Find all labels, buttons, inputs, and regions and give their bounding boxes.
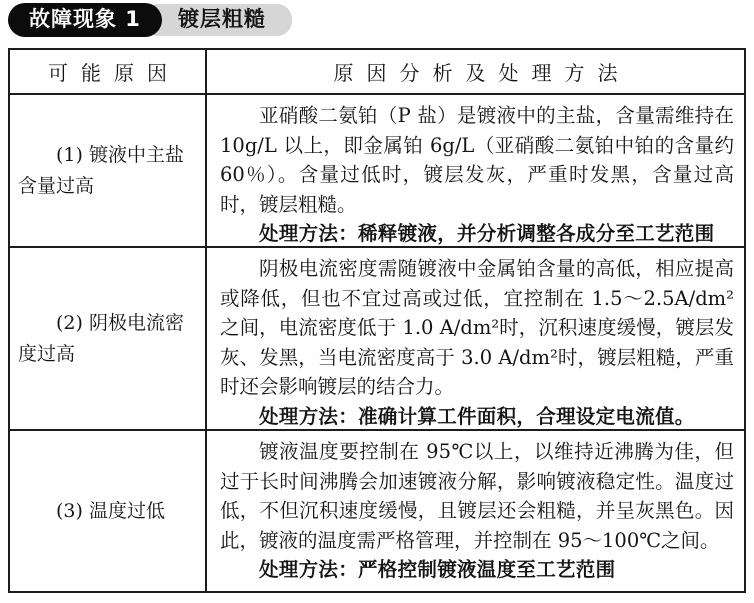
table-row-1-cause-cell: (1) 镀液中主盐含量过高 — [10, 95, 207, 248]
table-row-3-analysis-cell: 镀液温度要控制在 95℃以上，以维持近沸腾为佳，但过于长时间沸腾会加速镀液分解，… — [207, 431, 744, 591]
analysis-text: 镀液温度要控制在 95℃以上，以维持近沸腾为佳，但过于长时间沸腾会加速镀液分解，… — [220, 437, 734, 555]
table-row-1-analysis-cell: 亚硝酸二氨铂（P 盐）是镀液中的主盐，含量需维持在 10g/L 以上，即金属铂 … — [207, 95, 744, 248]
cause-text: (1) 镀液中主盐含量过高 — [18, 140, 196, 202]
table-row-2-cause-cell: (2) 阴极电流密度过高 — [10, 248, 207, 431]
fault-subject-badge: 镀层粗糙 — [144, 4, 292, 36]
analysis-text: 阴极电流密度需随镀液中金属铂含量的高低，相应提高或降低，但也不宜过高或过低，宜控… — [220, 254, 734, 402]
column-header-analysis-treatment: 原因分析及处理方法 — [207, 50, 744, 95]
fault-table: 可能原因 原因分析及处理方法 (1) 镀液中主盐含量过高 亚硝酸二氨铂（P 盐）… — [8, 48, 746, 593]
column-header-possible-cause: 可能原因 — [10, 50, 207, 95]
fault-banner: 故障现象 1 镀层粗糙 — [8, 3, 292, 37]
treatment-method-text: 处理方法：稀释镀液，并分析调整各成分至工艺范围 — [220, 219, 734, 248]
fault-number-badge: 故障现象 1 — [8, 3, 162, 37]
table-row-2-analysis-cell: 阴极电流密度需随镀液中金属铂含量的高低，相应提高或降低，但也不宜过高或过低，宜控… — [207, 248, 744, 431]
treatment-method-text: 处理方法：准确计算工件面积，合理设定电流值。 — [220, 402, 734, 432]
cause-text: (3) 温度过低 — [18, 496, 196, 527]
analysis-text: 亚硝酸二氨铂（P 盐）是镀液中的主盐，含量需维持在 10g/L 以上，即金属铂 … — [220, 101, 734, 219]
cause-text: (2) 阴极电流密度过高 — [18, 308, 196, 370]
table-row-3-cause-cell: (3) 温度过低 — [10, 431, 207, 591]
treatment-method-text: 处理方法：严格控制镀液温度至工艺范围 — [220, 555, 734, 585]
